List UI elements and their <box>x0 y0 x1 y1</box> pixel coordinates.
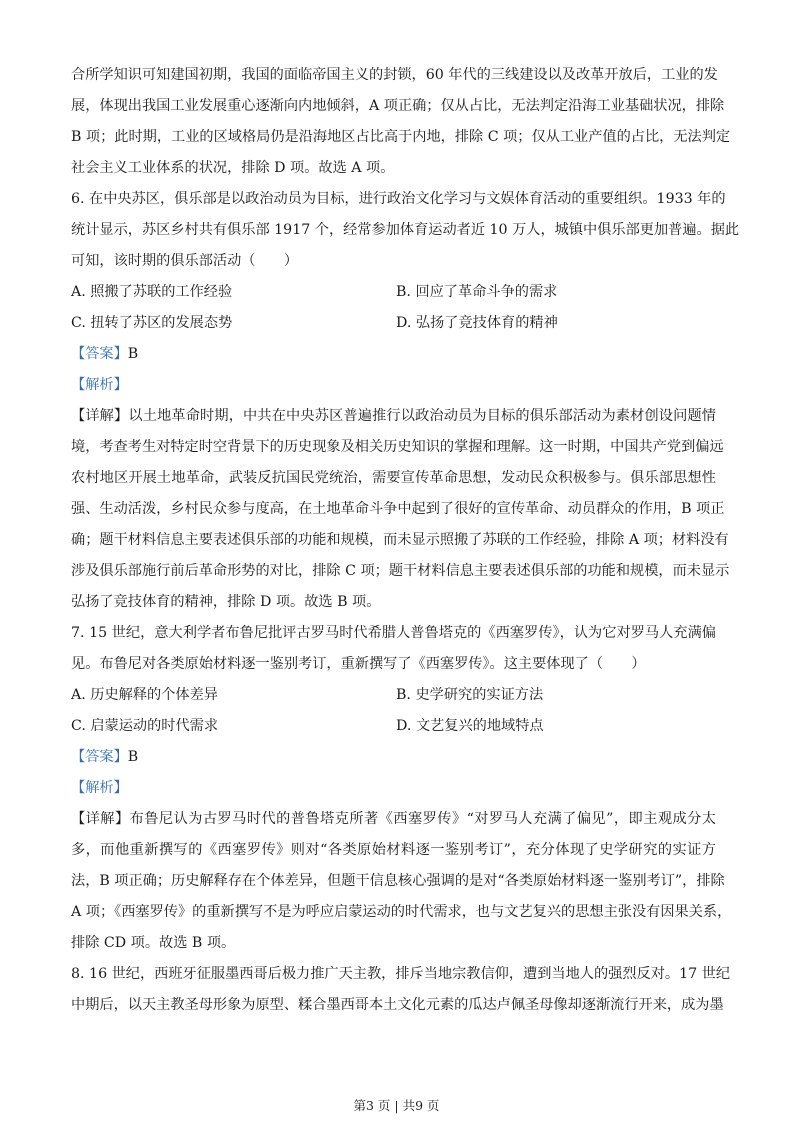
question-8-stem: 8. 16 世纪，西班牙征服墨西哥后极力推广天主教，排斥当地宗教信仰，遭到当地人… <box>71 964 716 984</box>
detail-tag: 【详解】 <box>71 811 130 827</box>
answer-tag: 【答案】 <box>71 749 128 765</box>
detail-text: 以土地革命时期，中共在中央苏区普遍推行以政治动员为目标的俱乐部活动为素材创设问题… <box>128 408 716 424</box>
question-6-detail: 强、生动活泼，乡村民众参与度高，在土地革命斗争中起到了很好的宣传革命、动员群众的… <box>71 499 716 519</box>
question-6-detail: 弘扬了竞技体育的精神，排除 D 项。故选 B 项。 <box>71 592 716 612</box>
question-6-detail: 农村地区开展土地革命，武装反抗国民党统治，需要宣传革命思想，发动民众积极参与。俱… <box>71 468 716 488</box>
question-7-option-b: B. 史学研究的实证方法 <box>396 685 543 705</box>
question-7-option-d: D. 文艺复兴的地域特点 <box>396 716 544 736</box>
question-7-answer: 【答案】B <box>71 747 138 767</box>
question-6-detail: 确；题干材料信息主要表述俱乐部的功能和规模，而未显示照搬了苏联的工作经验，排除 … <box>71 530 716 550</box>
question-6-detail: 境，考查考生对特定时空背景下的历史现象及相关历史知识的掌握和理解。这一时期，中国… <box>71 437 716 457</box>
detail-text: 布鲁尼认为古罗马时代的普鲁塔克所著《西塞罗传》“对罗马人充满了偏见”，即主观成分… <box>130 811 716 827</box>
intro-line: 展，体现出我国工业发展重心逐渐向内地倾斜，A 项正确；仅从占比，无法判定沿海工业… <box>71 96 716 116</box>
question-6-detail: 涉及俱乐部施行前后革命形势的对比，排除 C 项；题干材料信息主要表述俱乐部的功能… <box>71 561 716 581</box>
analysis-tag: 【解析】 <box>71 377 128 393</box>
question-7-detail: A 项；《西塞罗传》的重新撰写不是为呼应启蒙运动的时代需求，也与文艺复兴的思想主… <box>71 902 716 922</box>
analysis-tag: 【解析】 <box>71 780 128 796</box>
question-6-detail: 【详解】以土地革命时期，中共在中央苏区普遍推行以政治动员为目标的俱乐部活动为素材… <box>71 406 716 426</box>
question-6-stem: 6. 在中央苏区，俱乐部是以政治动员为目标，进行政治文化学习与文娱体育活动的重要… <box>71 189 716 209</box>
question-6-answer: 【答案】B <box>71 344 138 364</box>
answer-value: B <box>128 346 138 362</box>
intro-line: B 项；此时期，工业的区域格局仍是沿海地区占比高于内地，排除 C 项；仅从工业产… <box>71 127 716 147</box>
intro-line: 合所学知识可知建国初期，我国的面临帝国主义的封锁，60 年代的三线建设以及改革开… <box>71 65 716 85</box>
question-7-option-a: A. 历史解释的个体差异 <box>71 685 218 705</box>
question-6-stem: 可知，该时期的俱乐部活动（ ） <box>71 251 716 271</box>
question-6-stem: 统计显示，苏区乡村共有俱乐部 1917 个，经常参加体育运动者近 10 万人，城… <box>71 220 716 240</box>
question-7-option-c: C. 启蒙运动的时代需求 <box>71 716 218 736</box>
question-6-option-a: A. 照搬了苏联的工作经验 <box>71 282 232 302</box>
question-7-detail: 法，B 项正确；历史解释存在个体差异，但题干信息核心强调的是对“各类原始材料逐一… <box>71 871 716 891</box>
answer-tag: 【答案】 <box>71 346 128 362</box>
question-7-detail: 排除 CD 项。故选 B 项。 <box>71 933 716 953</box>
question-8-stem: 中期后，以天主教圣母形象为原型、糅合墨西哥本土文化元素的瓜达卢佩圣母像却逐渐流行… <box>71 995 716 1015</box>
question-7-analysis-tag: 【解析】 <box>71 778 128 798</box>
question-7-stem: 7. 15 世纪，意大利学者布鲁尼批评古罗马时代希腊人普鲁塔克的《西塞罗传》，认… <box>71 623 716 643</box>
question-7-detail: 多，而他重新撰写的《西塞罗传》则对“各类原始材料逐一鉴别考订”，充分体现了史学研… <box>71 840 716 860</box>
question-7-stem: 见。布鲁尼对各类原始材料逐一鉴别考订，重新撰写了《西塞罗传》。这主要体现了（ ） <box>71 654 716 674</box>
answer-value: B <box>128 749 138 765</box>
detail-tag: 【详解】 <box>71 408 128 424</box>
page-footer: 第3 页 | 共9 页 <box>0 1096 793 1114</box>
document-page: 合所学知识可知建国初期，我国的面临帝国主义的封锁，60 年代的三线建设以及改革开… <box>0 0 793 1122</box>
question-7-detail: 【详解】布鲁尼认为古罗马时代的普鲁塔克所著《西塞罗传》“对罗马人充满了偏见”，即… <box>71 809 716 829</box>
question-6-option-d: D. 弘扬了竞技体育的精神 <box>396 313 558 333</box>
question-6-analysis-tag: 【解析】 <box>71 375 128 395</box>
question-6-option-b: B. 回应了革命斗争的需求 <box>396 282 557 302</box>
question-6-option-c: C. 扭转了苏区的发展态势 <box>71 313 232 333</box>
intro-line: 社会主义工业体系的状况，排除 D 项。故选 A 项。 <box>71 158 716 178</box>
